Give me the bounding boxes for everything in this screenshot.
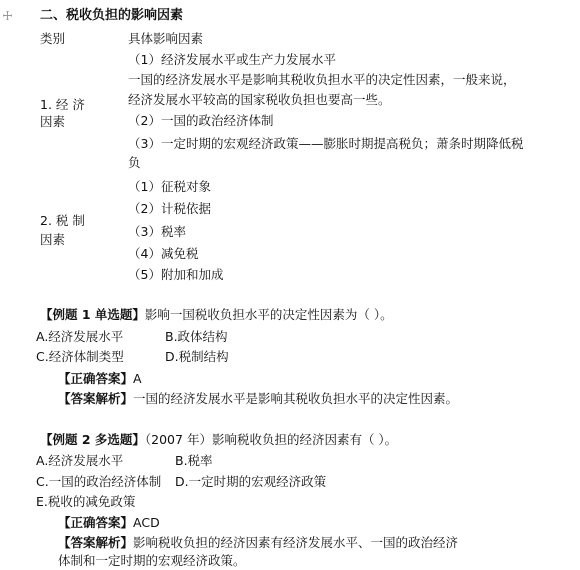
example-question: 【例题 1 单选题】影响一国税收负担水平的决定性因素为（ ）。: [40, 307, 393, 323]
example-question: 【例题 2 多选题】（2007 年）影响税收负担的经济因素有（ ）。: [40, 432, 397, 448]
answer-analysis: 【答案解析】一国的经济发展水平是影响其税收负担水平的决定性因素。: [58, 391, 458, 407]
analysis-label: 【答案解析】: [58, 391, 133, 406]
analysis-label: 【答案解析】: [58, 535, 133, 550]
answer-value: A: [133, 371, 142, 386]
category-label: 因素: [40, 232, 65, 248]
option-e: E.税收的减免政策: [36, 494, 135, 510]
factor-item-continued: 负: [128, 155, 141, 171]
option-d: D.一定时期的宏观经济政策: [175, 474, 326, 490]
answer-label: 【正确答案】: [58, 515, 133, 530]
correct-answer: 【正确答案】ACD: [58, 515, 160, 531]
question-text: 影响一国税收负担水平的决定性因素为（ ）。: [145, 307, 393, 322]
factor-item: （5）附加和加成: [128, 267, 223, 283]
factor-item: （2）计税依据: [128, 201, 211, 217]
example-heading: 【例题 1 单选题】: [40, 307, 145, 322]
factor-item: （1）经济发展水平或生产力发展水平: [128, 52, 336, 68]
factor-item: （3）税率: [128, 224, 186, 240]
analysis-text: 一国的经济发展水平是影响其税收负担水平的决定性因素。: [133, 391, 458, 406]
factor-description: 一国的经济发展水平是影响其税收负担水平的决定性因素，一般来说，: [128, 72, 516, 88]
answer-value: ACD: [133, 515, 160, 530]
correct-answer: 【正确答案】A: [58, 371, 142, 387]
section-title: 二、税收负担的影响因素: [40, 8, 183, 24]
option-c: C.一国的政治经济体制: [36, 474, 161, 490]
category-label: 1. 经 济: [40, 97, 85, 113]
category-label: 2. 税 制: [40, 213, 85, 229]
analysis-text-continued: 体制和一定时期的宏观经济政策。: [58, 553, 246, 569]
header-category: 类别: [40, 31, 65, 47]
factor-item: （3）一定时期的宏观经济政策——膨胀时期提高税负；萧条时期降低税: [128, 136, 523, 152]
analysis-text: 影响税收负担的经济因素有经济发展水平、一国的政治经济: [133, 535, 458, 550]
option-a: A.经济发展水平: [36, 453, 123, 469]
option-d: D.税制结构: [165, 349, 229, 365]
option-c: C.经济体制类型: [36, 349, 124, 365]
header-factors: 具体影响因素: [128, 31, 203, 47]
answer-label: 【正确答案】: [58, 371, 133, 386]
factor-item: （2）一国的政治经济体制: [128, 113, 273, 129]
answer-analysis: 【答案解析】影响税收负担的经济因素有经济发展水平、一国的政治经济: [58, 535, 458, 551]
category-label: 因素: [40, 114, 65, 130]
option-a: A.经济发展水平: [36, 329, 123, 345]
table-move-handle-icon[interactable]: [3, 11, 12, 20]
factor-item: （1）征税对象: [128, 179, 211, 195]
question-text: （2007 年）影响税收负担的经济因素有（ ）。: [145, 432, 397, 447]
option-b: B.税率: [175, 453, 213, 469]
example-heading: 【例题 2 多选题】: [40, 432, 145, 447]
factor-item: （4）减免税: [128, 246, 198, 262]
option-b: B.政体结构: [165, 329, 228, 345]
factor-description: 经济发展水平较高的国家税收负担也要高一些。: [128, 92, 391, 108]
